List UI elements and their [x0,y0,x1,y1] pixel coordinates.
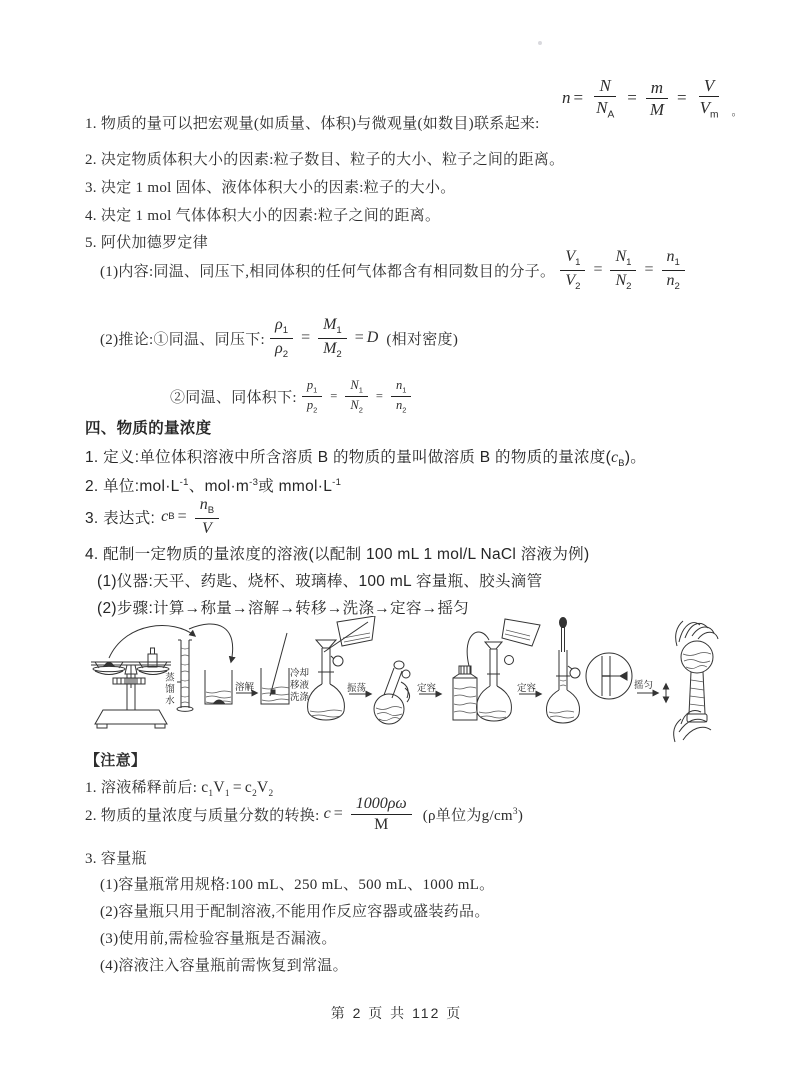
fix-volume-label-2: 定容 [517,680,536,694]
hands-shaking-flask [674,621,718,742]
shake-label: 振荡 [347,680,366,694]
note-3: 3. 容量瓶 [85,847,147,868]
expression-formula: cB = nB V [161,496,224,538]
avogadro-content-label: (1)内容:同温、同压下,相同体积的任何气体都含有相同数目的分子。 [100,260,555,281]
document-page: n = N NA = m M = V Vm 。 1. 物质的量可以把宏观量(如质… [0,0,793,1077]
mole-formula: n = N NA = m M = V Vm 。 [562,76,742,121]
mix-label: 摇匀 [634,677,653,691]
corollary1-paren: (相对密度) [386,328,458,349]
section4-definition: 1. 定义:单位体积溶液中所含溶质 B 的物质的量叫做溶质 B 的物质的量浓度(… [85,445,646,468]
fraction: V1 V2 [560,248,585,293]
swirl-flask [374,661,410,724]
list-item-4: 4. 决定 1 mol 气体体积大小的因素:粒子之间的距离。 [85,204,440,225]
flask-with-dropper [547,618,581,724]
meniscus-magnifier [586,653,632,699]
note-3-item-3: (3)使用前,需检验容量瓶是否漏液。 [100,927,337,948]
fraction: N1 N2 [345,378,368,415]
fraction: nB V [195,496,219,538]
list-item-1: 1. 物质的量可以把宏观量(如质量、体积)与微观量(如数目)联系起来: [85,112,540,133]
volumetric-flask-transfer [308,616,375,720]
fraction: ρ1 ρ2 [270,316,293,361]
formula-var: n [562,88,571,108]
corollary2-row: ②同温、同体积下: p1 p2 = N1 N2 = n1 n2 [170,378,416,415]
section4-instruments: (1)仪器:天平、药匙、烧杯、玻璃棒、100 mL 容量瓶、胶头滴管 [97,569,542,591]
list-item-2: 2. 决定物质体积大小的因素:粒子数目、粒子的大小、粒子之间的距离。 [85,148,564,169]
balance-scale [91,648,171,728]
dissolve-label: 溶解 [235,679,254,693]
corollary2-formula: p1 p2 = N1 N2 = n1 n2 [297,378,416,415]
beaker-stirring [261,633,289,704]
fraction: 1000ρω M [351,795,412,834]
note-2-label: 2. 物质的量浓度与质量分数的转换: [85,804,320,825]
fraction: N1 N2 [610,248,636,293]
section4-units: 2. 单位:mol·L-1、mol·m-3或 mmol·L-1 [85,474,341,496]
list-item-3: 3. 决定 1 mol 固体、液体体积大小的因素:粒子的大小。 [85,176,456,197]
fraction: N NA [591,76,619,121]
corollary1-formula: ρ1 ρ2 = M1 M2 = D [265,316,378,361]
volumetric-flask-fill [467,619,540,721]
note-2-tail: (ρ单位为g/cm3) [423,804,523,825]
note-2-formula: c = 1000ρω M [324,795,417,834]
reagent-bottle [453,666,477,720]
note-3-item-4: (4)溶液注入容量瓶前需恢复到常温。 [100,954,348,975]
fraction: n1 n2 [391,378,411,415]
distilled-water-label: 蒸馏水 [161,672,175,707]
avogadro-content-formula: V1 V2 = N1 N2 = n1 n2 [555,248,690,293]
procedure-diagram: 蒸馏水 溶解 冷却 移液 洗涤 振荡 定容 定容 摇匀 [85,616,787,746]
corollary1-row: (2)推论:①同温、同压下: ρ1 ρ2 = M1 M2 = D (相对密度) [100,316,458,361]
pour-arc-to-cylinder [109,626,195,658]
page-footer: 第 2 页 共 112 页 [0,1003,793,1023]
fraction: m M [645,78,669,119]
note-2: 2. 物质的量浓度与质量分数的转换: c = 1000ρω M (ρ单位为g/c… [85,795,523,834]
fraction: n1 n2 [662,248,685,293]
corollary1-label: (2)推论:①同温、同压下: [100,328,265,349]
scan-artifact-dot [538,41,542,45]
section4-prep: 4. 配制一定物质的量浓度的溶液(以配制 100 mL 1 mol/L NaCl… [85,542,589,564]
section4-expression-row: 3. 表达式: cB = nB V [85,496,224,538]
expression-label: 3. 表达式: [85,506,155,528]
corollary2-label: ②同温、同体积下: [170,386,297,407]
fix-volume-label-1: 定容 [417,680,436,694]
section4-title: 四、物质的量浓度 [85,416,211,438]
notes-header: 【注意】 [85,749,146,770]
relative-density-var: D [367,329,379,347]
beaker-solid [205,670,232,704]
note-3-item-1: (1)容量瓶常用规格:100 mL、250 mL、500 mL、1000 mL。 [100,873,494,894]
section4-steps: (2)步骤:计算→称量→溶解→转移→洗涤→定容→摇匀 [97,596,469,618]
fraction: M1 M2 [318,316,347,361]
fraction: V Vm [695,76,724,121]
pour-arc-to-beaker [189,624,233,662]
cool-transfer-wash-label: 冷却 移液 洗涤 [290,668,309,704]
note-3-item-2: (2)容量瓶只用于配制溶液,不能用作反应容器或盛装药品。 [100,900,490,921]
graduated-cylinder [177,640,193,711]
fraction: p1 p2 [302,378,322,415]
avogadro-content-row: (1)内容:同温、同压下,相同体积的任何气体都含有相同数目的分子。 V1 V2 … [100,248,690,293]
